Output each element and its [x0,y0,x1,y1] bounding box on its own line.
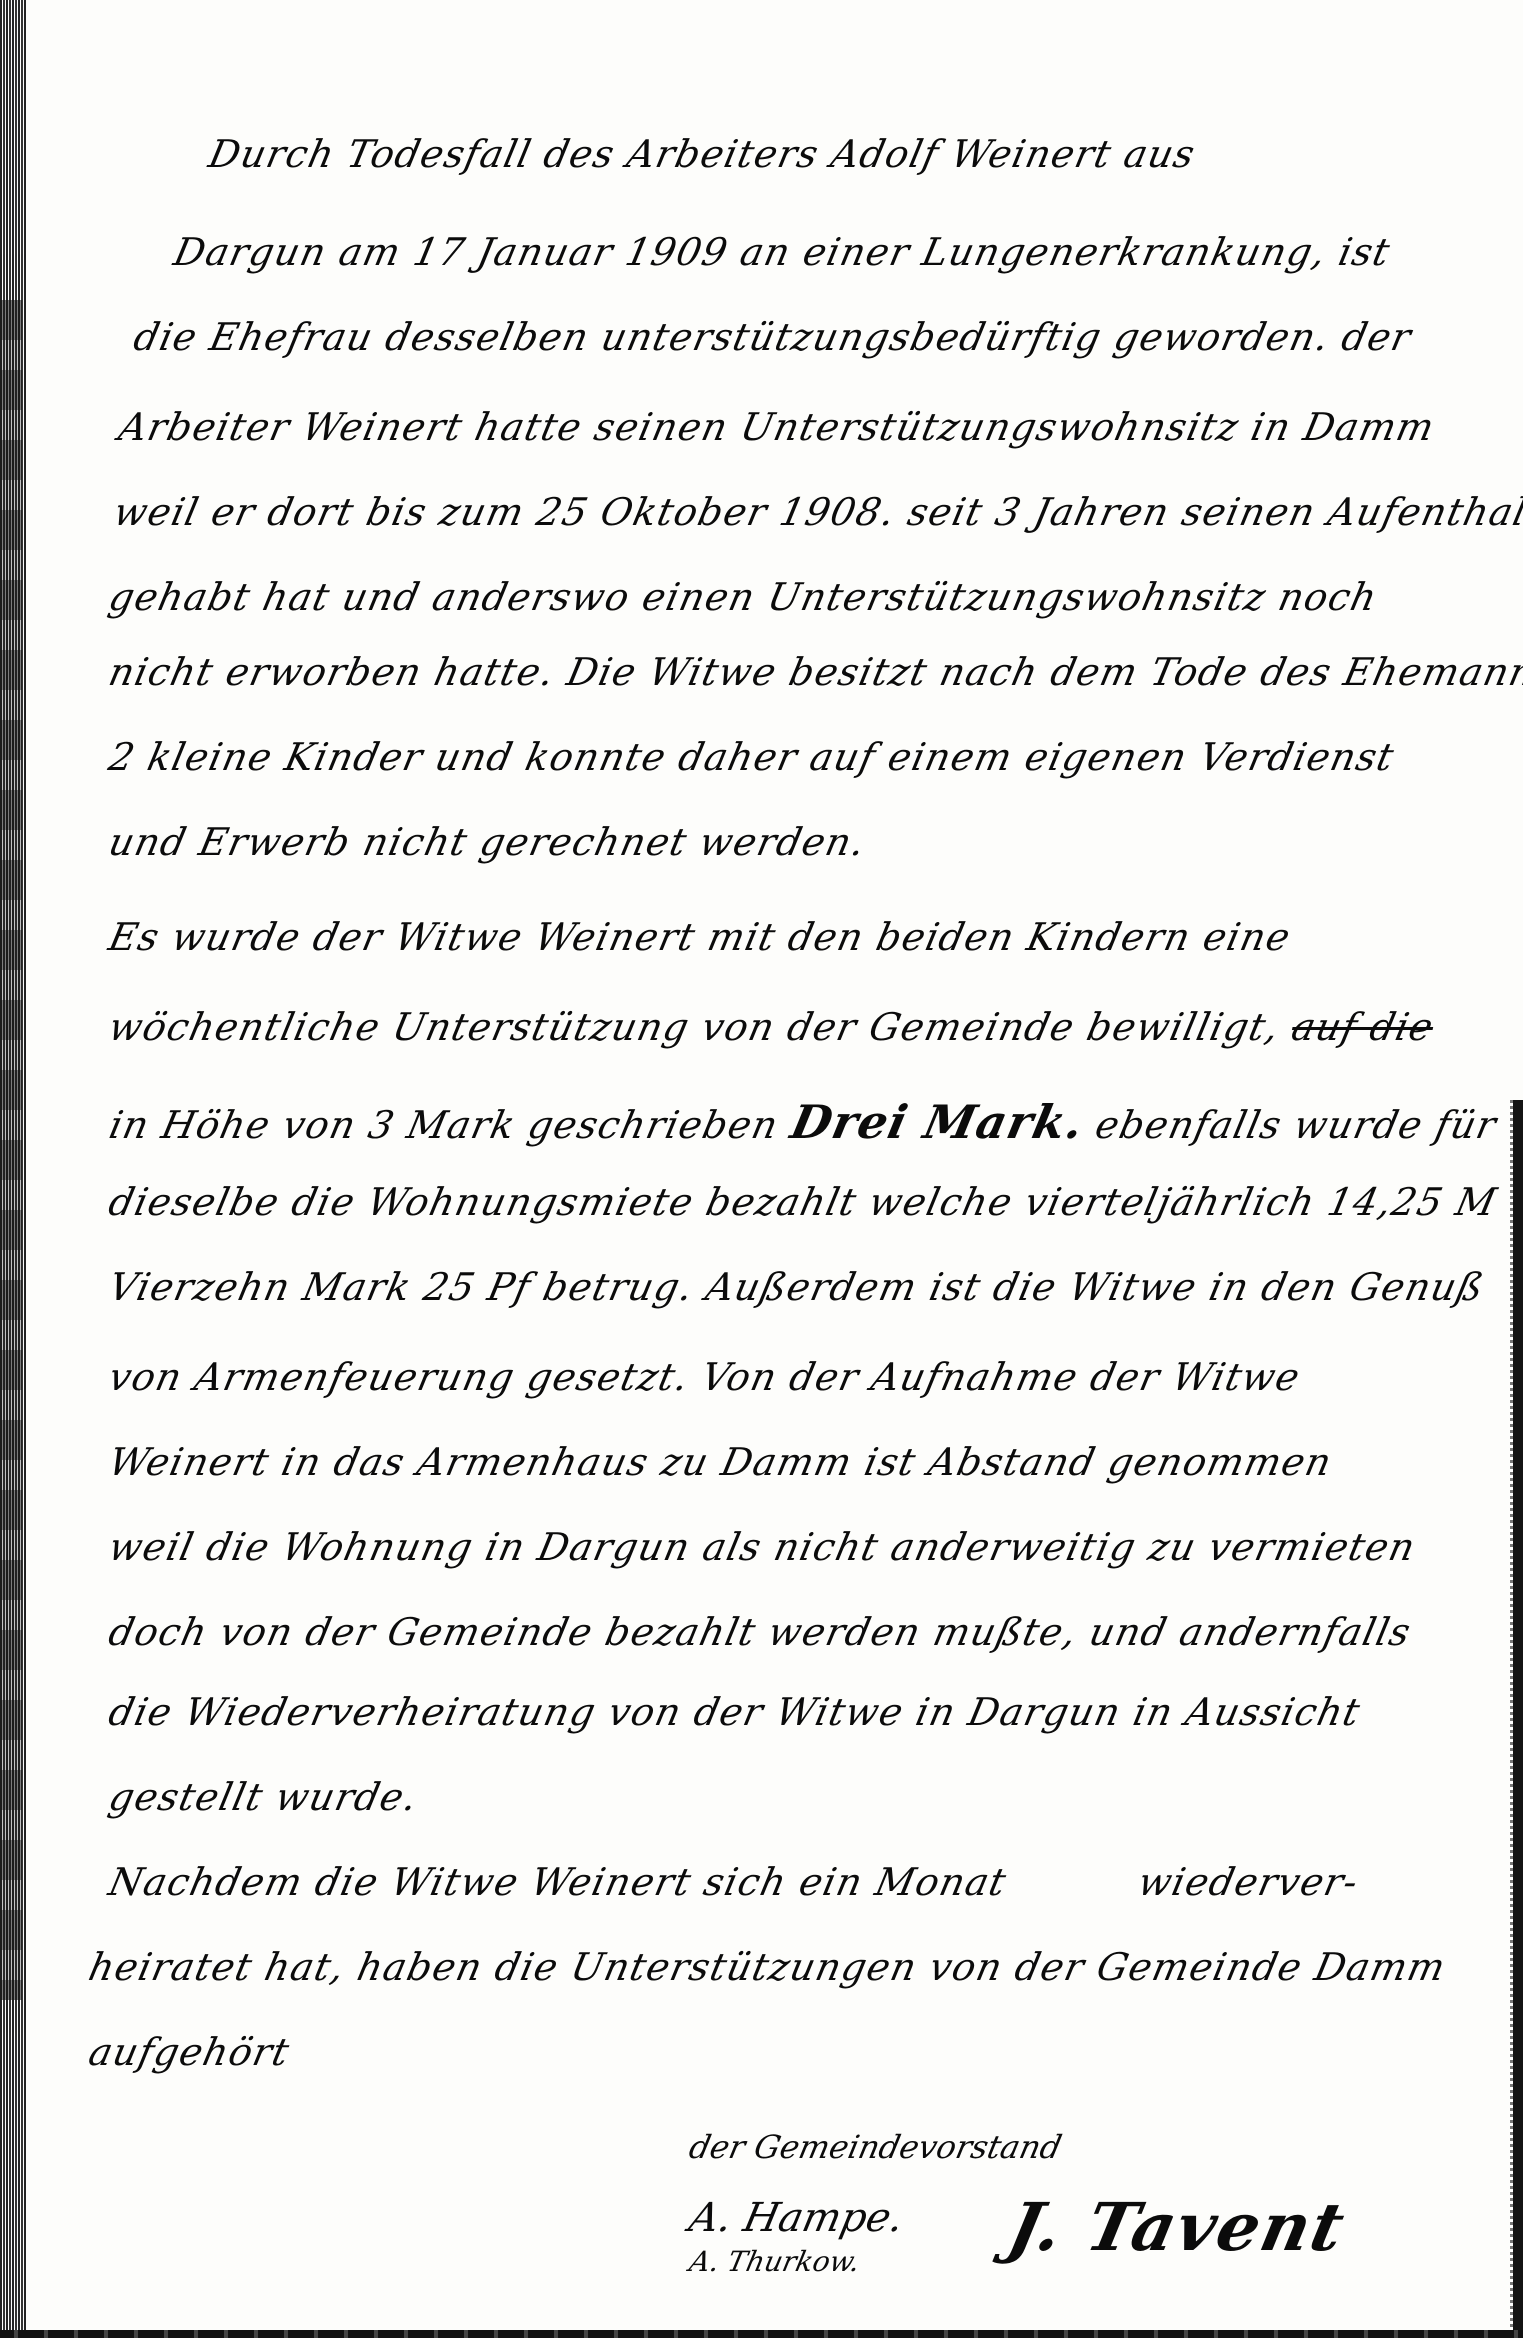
line-text: dieselbe die Wohnungsmiete bezahlt welch… [105,1180,1501,1224]
line-text: 2 kleine Kinder und konnte daher auf ein… [105,735,1399,779]
line-text: die Wiederverheiratung von der Witwe in … [105,1690,1365,1734]
line-text: weil er dort bis zum 25 Oktober 1908. se… [110,490,1523,534]
text-line-12: in Höhe von 3 Mark geschrieben Drei Mark… [105,1095,1503,1149]
line-text: Arbeiter Weinert hatte seinen Unterstütz… [115,405,1439,449]
line-text: in Höhe von 3 Mark geschrieben [105,1103,782,1147]
page-binding-edge [0,0,26,2338]
text-line-17: weil die Wohnung in Dargun als nicht and… [105,1525,1420,1569]
text-line-10: Es wurde der Witwe Weinert mit den beide… [105,915,1295,959]
text-line-18: doch von der Gemeinde bezahlt werden muß… [105,1610,1415,1654]
emphasized-amount: Drei Mark. [786,1095,1089,1149]
signature-hampe: A. Hampe. [685,2195,908,2241]
signature-thurkow: A. Thurkow. [686,2245,863,2278]
line-text: und Erwerb nicht gerechnet werden. [105,820,870,864]
text-line-16: Weinert in das Armenhaus zu Damm ist Abs… [105,1440,1336,1484]
signature-tavent: J. Tavent [1002,2188,1353,2266]
line-text: Dargun am 17 Januar 1909 an einer Lungen… [170,230,1395,274]
page-bottom-edge [0,2330,1523,2338]
line-text: die Ehefrau desselben unterstützungsbedü… [130,315,1416,359]
text-line-23: aufgehört [85,2030,294,2074]
text-line-21: Nachdem die Witwe Weinert sich ein Monat… [105,1860,1363,1904]
line-text: gehabt hat und anderswo einen Unterstütz… [105,575,1382,619]
text-line-22: heiratet hat, haben die Unterstützungen … [85,1945,1450,1989]
text-line-9: und Erwerb nicht gerechnet werden. [105,820,870,864]
scanned-document-page: Durch Todesfall des Arbeiters Adolf Wein… [0,0,1523,2338]
signature-title: der Gemeindevorstand [686,2128,1065,2166]
line-text: Vierzehn Mark 25 Pf betrug. Außerdem ist… [105,1265,1488,1309]
text-line-13: dieselbe die Wohnungsmiete bezahlt welch… [105,1180,1501,1224]
line-text: Nachdem die Witwe Weinert sich ein Monat… [105,1860,1363,1904]
text-line-15: von Armenfeuerung gesetzt. Von der Aufna… [105,1355,1305,1399]
line-text: gestellt wurde. [105,1775,422,1819]
line-text: von Armenfeuerung gesetzt. Von der Aufna… [105,1355,1305,1399]
struck-through-text: auf die [1288,1005,1438,1049]
text-line-8: 2 kleine Kinder und konnte daher auf ein… [105,735,1399,779]
line-text: Durch Todesfall des Arbeiters Adolf Wein… [205,132,1200,176]
text-line-14: Vierzehn Mark 25 Pf betrug. Außerdem ist… [105,1265,1488,1309]
line-text: nicht erworben hatte. Die Witwe besitzt … [105,650,1523,694]
line-text: wöchentliche Unterstützung von der Gemei… [105,1005,1284,1049]
page-right-edge [1513,1100,1523,2338]
text-line-2: Dargun am 17 Januar 1909 an einer Lungen… [170,230,1395,274]
text-line-19: die Wiederverheiratung von der Witwe in … [105,1690,1365,1734]
text-line-4: Arbeiter Weinert hatte seinen Unterstütz… [115,405,1439,449]
line-text: Weinert in das Armenhaus zu Damm ist Abs… [105,1440,1336,1484]
text-line-1: Durch Todesfall des Arbeiters Adolf Wein… [205,132,1200,176]
text-line-11: wöchentliche Unterstützung von der Gemei… [105,1005,1438,1049]
line-text: Es wurde der Witwe Weinert mit den beide… [105,915,1295,959]
text-line-5: weil er dort bis zum 25 Oktober 1908. se… [110,490,1523,534]
line-text: aufgehört [85,2030,294,2074]
line-text: weil die Wohnung in Dargun als nicht and… [105,1525,1420,1569]
text-line-7: nicht erworben hatte. Die Witwe besitzt … [105,650,1523,694]
text-line-6: gehabt hat und anderswo einen Unterstütz… [105,575,1382,619]
text-line-20: gestellt wurde. [105,1775,422,1819]
line-text-continuation: ebenfalls wurde für [1078,1103,1501,1147]
line-text: heiratet hat, haben die Unterstützungen … [85,1945,1450,1989]
line-text: doch von der Gemeinde bezahlt werden muß… [105,1610,1415,1654]
text-line-3: die Ehefrau desselben unterstützungsbedü… [130,315,1416,359]
